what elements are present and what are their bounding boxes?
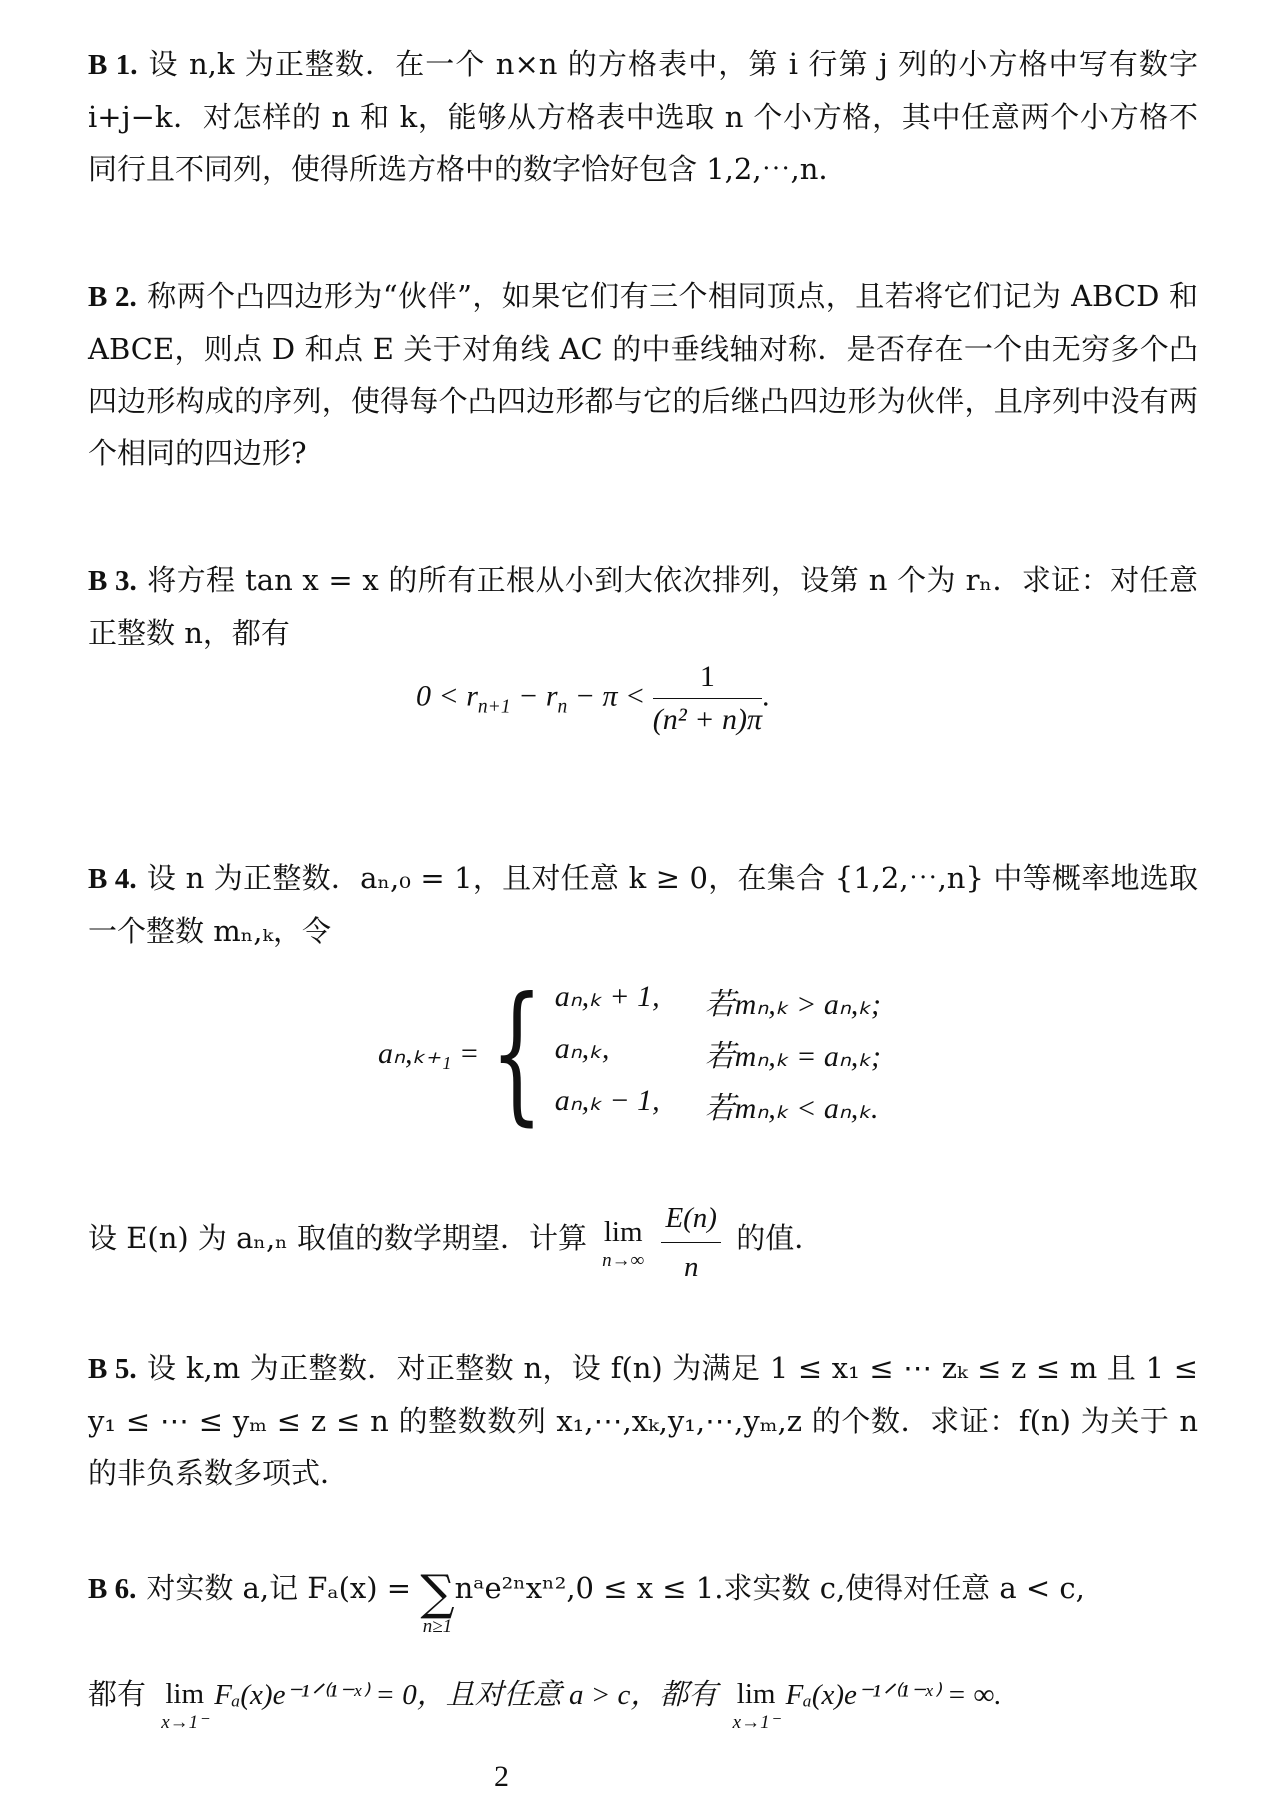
problem-label: B 2.: [88, 281, 137, 313]
case-condition: 若mₙ,ₖ < aₙ,ₖ.: [705, 1083, 881, 1127]
question-text-end: 的值．: [736, 1218, 823, 1258]
case-value: aₙ,ₖ + 1,: [555, 979, 705, 1023]
b6-text: 都有: [88, 1677, 146, 1711]
b6-text: 对实数 a,记 Fₐ(x) =: [146, 1571, 411, 1605]
inequality-display: 0 < rn+1 − rn − π < 1 (n² + n)π .: [416, 660, 770, 737]
ineq-rhs: − π <: [567, 679, 645, 712]
problem-b5: B 5.设 k,m 为正整数．对正整数 n，设 f(n) 为满足 1 ≤ x₁ …: [88, 1342, 1198, 1499]
problem-b3: B 3.将方程 tan x = x 的所有正根从小到大依次排列，设第 n 个为 …: [88, 554, 1198, 659]
problem-b6: B 6.对实数 a,记 Fₐ(x) = ∑ n≥1 nᵃe²ⁿxⁿ²,0 ≤ x…: [88, 1568, 1198, 1732]
problem-text: 将方程 tan x = x 的所有正根从小到大依次排列，设第 n 个为 rₙ．求…: [88, 563, 1198, 650]
left-brace-icon: {: [491, 978, 543, 1128]
limit: lim n→∞: [602, 1218, 644, 1270]
limit-subscript: x→1⁻: [161, 1713, 208, 1732]
fraction: E(n) n: [661, 1198, 721, 1287]
period: .: [762, 679, 770, 712]
page-number: 2: [494, 1760, 509, 1794]
problem-b4-question: 设 E(n) 为 aₙ,ₙ 取值的数学期望．计算 lim n→∞ E(n) n …: [88, 1198, 1198, 1287]
fraction-numerator: 1: [653, 660, 762, 699]
fraction-denominator: n: [661, 1243, 721, 1287]
sigma-icon: ∑: [420, 1569, 454, 1617]
case-value: aₙ,ₖ,: [555, 1031, 705, 1075]
summation-subscript: n≥1: [420, 1617, 454, 1636]
limit-subscript: n→∞: [602, 1251, 644, 1270]
limit-operator: lim: [733, 1680, 780, 1709]
problem-label: B 6.: [88, 1573, 136, 1605]
problem-label: B 4.: [88, 863, 137, 895]
case-condition: 若mₙ,ₖ > aₙ,ₖ;: [705, 979, 881, 1023]
b6-text: Fₐ(x)e⁻¹ᐟ⁽¹⁻ˣ⁾ = ∞.: [786, 1679, 1002, 1711]
fraction-numerator: E(n): [661, 1198, 721, 1243]
ineq-mid: − r: [511, 679, 558, 712]
problem-text: 设 n 为正整数．aₙ,₀ = 1，且对任意 k ≥ 0，在集合 {1,2,⋯,…: [88, 861, 1198, 948]
problem-b2: B 2.称两个凸四边形为“伙伴”，如果它们有三个相同顶点，且若将它们记为 ABC…: [88, 270, 1198, 479]
case-value: aₙ,ₖ − 1,: [555, 1083, 705, 1127]
case-rows: aₙ,ₖ + 1, 若mₙ,ₖ > aₙ,ₖ; aₙ,ₖ, 若mₙ,ₖ = aₙ…: [555, 979, 881, 1127]
ineq-lhs: 0 < r: [416, 679, 478, 712]
problem-text: 设 k,m 为正整数．对正整数 n，设 f(n) 为满足 1 ≤ x₁ ≤ ⋯ …: [88, 1351, 1198, 1490]
cases-lhs: aₙ,ₖ₊₁ =: [378, 1036, 479, 1071]
limit-operator: lim: [602, 1218, 644, 1247]
limit: lim x→1⁻: [161, 1674, 208, 1732]
fraction-denominator: (n² + n)π: [653, 699, 762, 737]
problem-label: B 5.: [88, 1353, 137, 1385]
b6-text: Fₐ(x)e⁻¹ᐟ⁽¹⁻ˣ⁾ = 0，且对任意 a > c，都有: [214, 1679, 717, 1711]
problem-text: 称两个凸四边形为“伙伴”，如果它们有三个相同顶点，且若将它们记为 ABCD 和 …: [88, 279, 1198, 470]
summation: ∑ n≥1: [420, 1569, 454, 1636]
ineq-sub2: n: [558, 696, 568, 717]
b6-line-1: B 6.对实数 a,记 Fₐ(x) = ∑ n≥1 nᵃe²ⁿxⁿ²,0 ≤ x…: [88, 1568, 1198, 1636]
problem-b4: B 4.设 n 为正整数．aₙ,₀ = 1，且对任意 k ≥ 0，在集合 {1,…: [88, 852, 1198, 957]
ineq-sub1: n+1: [478, 696, 511, 717]
fraction: 1 (n² + n)π: [653, 660, 762, 737]
question-text: 设 E(n) 为 aₙ,ₙ 取值的数学期望．计算: [88, 1218, 587, 1258]
b6-text: nᵃe²ⁿxⁿ²,0 ≤ x ≤ 1.求实数 c,使得对任意 a < c,: [455, 1571, 1085, 1605]
problem-label: B 1.: [88, 49, 137, 81]
problem-text: 设 n,k 为正整数．在一个 n×n 的方格表中，第 i 行第 j 列的小方格中…: [88, 47, 1198, 186]
problem-b1: B 1.设 n,k 为正整数．在一个 n×n 的方格表中，第 i 行第 j 列的…: [88, 38, 1198, 195]
case-condition: 若mₙ,ₖ = aₙ,ₖ;: [705, 1031, 881, 1075]
piecewise-definition: aₙ,ₖ₊₁ = { aₙ,ₖ + 1, 若mₙ,ₖ > aₙ,ₖ; aₙ,ₖ,…: [378, 978, 881, 1128]
limit-operator: lim: [161, 1680, 208, 1709]
limit-subscript: x→1⁻: [733, 1713, 780, 1732]
problem-label: B 3.: [88, 565, 137, 597]
b6-line-2: 都有 lim x→1⁻ Fₐ(x)e⁻¹ᐟ⁽¹⁻ˣ⁾ = 0，且对任意 a > …: [88, 1674, 1198, 1732]
limit: lim x→1⁻: [733, 1674, 780, 1732]
